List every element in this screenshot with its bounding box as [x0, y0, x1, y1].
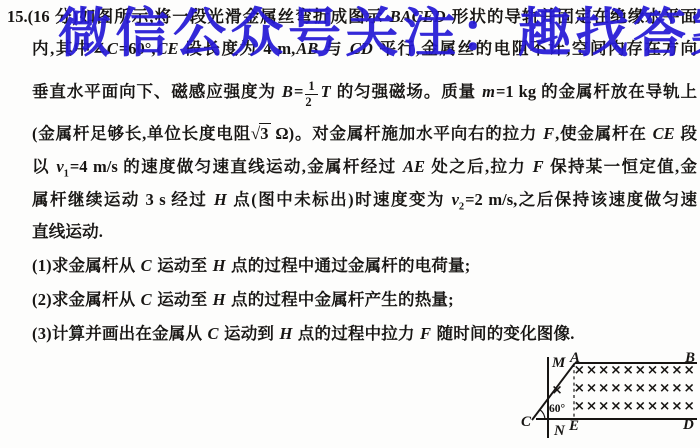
field-x-mark: ×	[586, 399, 598, 414]
field-x-mark: ×	[573, 399, 585, 414]
field-x-mark: ×	[683, 381, 695, 396]
field-x-mark: ×	[671, 363, 683, 378]
field-x-mark: ×	[610, 399, 622, 414]
field-x-mark: ×	[634, 363, 646, 378]
watermark-overlay: 微信公众号关注：趣找答案	[58, 4, 700, 64]
figure-label-angle: 60°	[549, 403, 565, 416]
figure-label-E: E	[568, 420, 580, 433]
field-x-mark: ×	[573, 381, 585, 396]
field-x-mark: ×	[671, 399, 683, 414]
figure-label-C: C	[520, 416, 532, 429]
field-x-mark: ×	[573, 363, 585, 378]
field-x-mark: ×	[598, 399, 610, 414]
exam-page: 15.(16 分)如图所示,将一段光滑金属丝弯折成图示 BACED 形状的导轨并…	[0, 0, 700, 448]
field-x-mark: ×	[610, 381, 622, 396]
field-x-mark: ×	[683, 399, 695, 414]
field-x-mark: ×	[659, 363, 671, 378]
field-x-mark: ×	[622, 363, 634, 378]
field-x-mark: ×	[683, 363, 695, 378]
field-x-mark: ×	[610, 363, 622, 378]
field-x-mark: ×	[671, 381, 683, 396]
figure-label-N: N	[553, 425, 566, 438]
figure-label-D: D	[682, 419, 695, 432]
field-x-mark: ×	[586, 363, 598, 378]
field-x-mark: ×	[647, 363, 659, 378]
field-x-mark: ×	[634, 381, 646, 396]
field-x-mark: ×	[622, 399, 634, 414]
field-x-mark: ×	[659, 381, 671, 396]
field-x-mark: ×	[586, 381, 598, 396]
field-x-mark: ×	[598, 363, 610, 378]
field-x-mark: ×	[551, 383, 563, 398]
field-x-mark: ×	[647, 399, 659, 414]
field-x-mark: ×	[647, 381, 659, 396]
field-x-mark: ×	[622, 381, 634, 396]
field-x-mark: ×	[598, 381, 610, 396]
field-x-mark: ×	[659, 399, 671, 414]
figure-label-M: M	[551, 357, 566, 370]
circuit-figure: MABCNED60°××××××××××××××××××××××××××××××…	[0, 0, 700, 448]
field-x-mark: ×	[634, 399, 646, 414]
